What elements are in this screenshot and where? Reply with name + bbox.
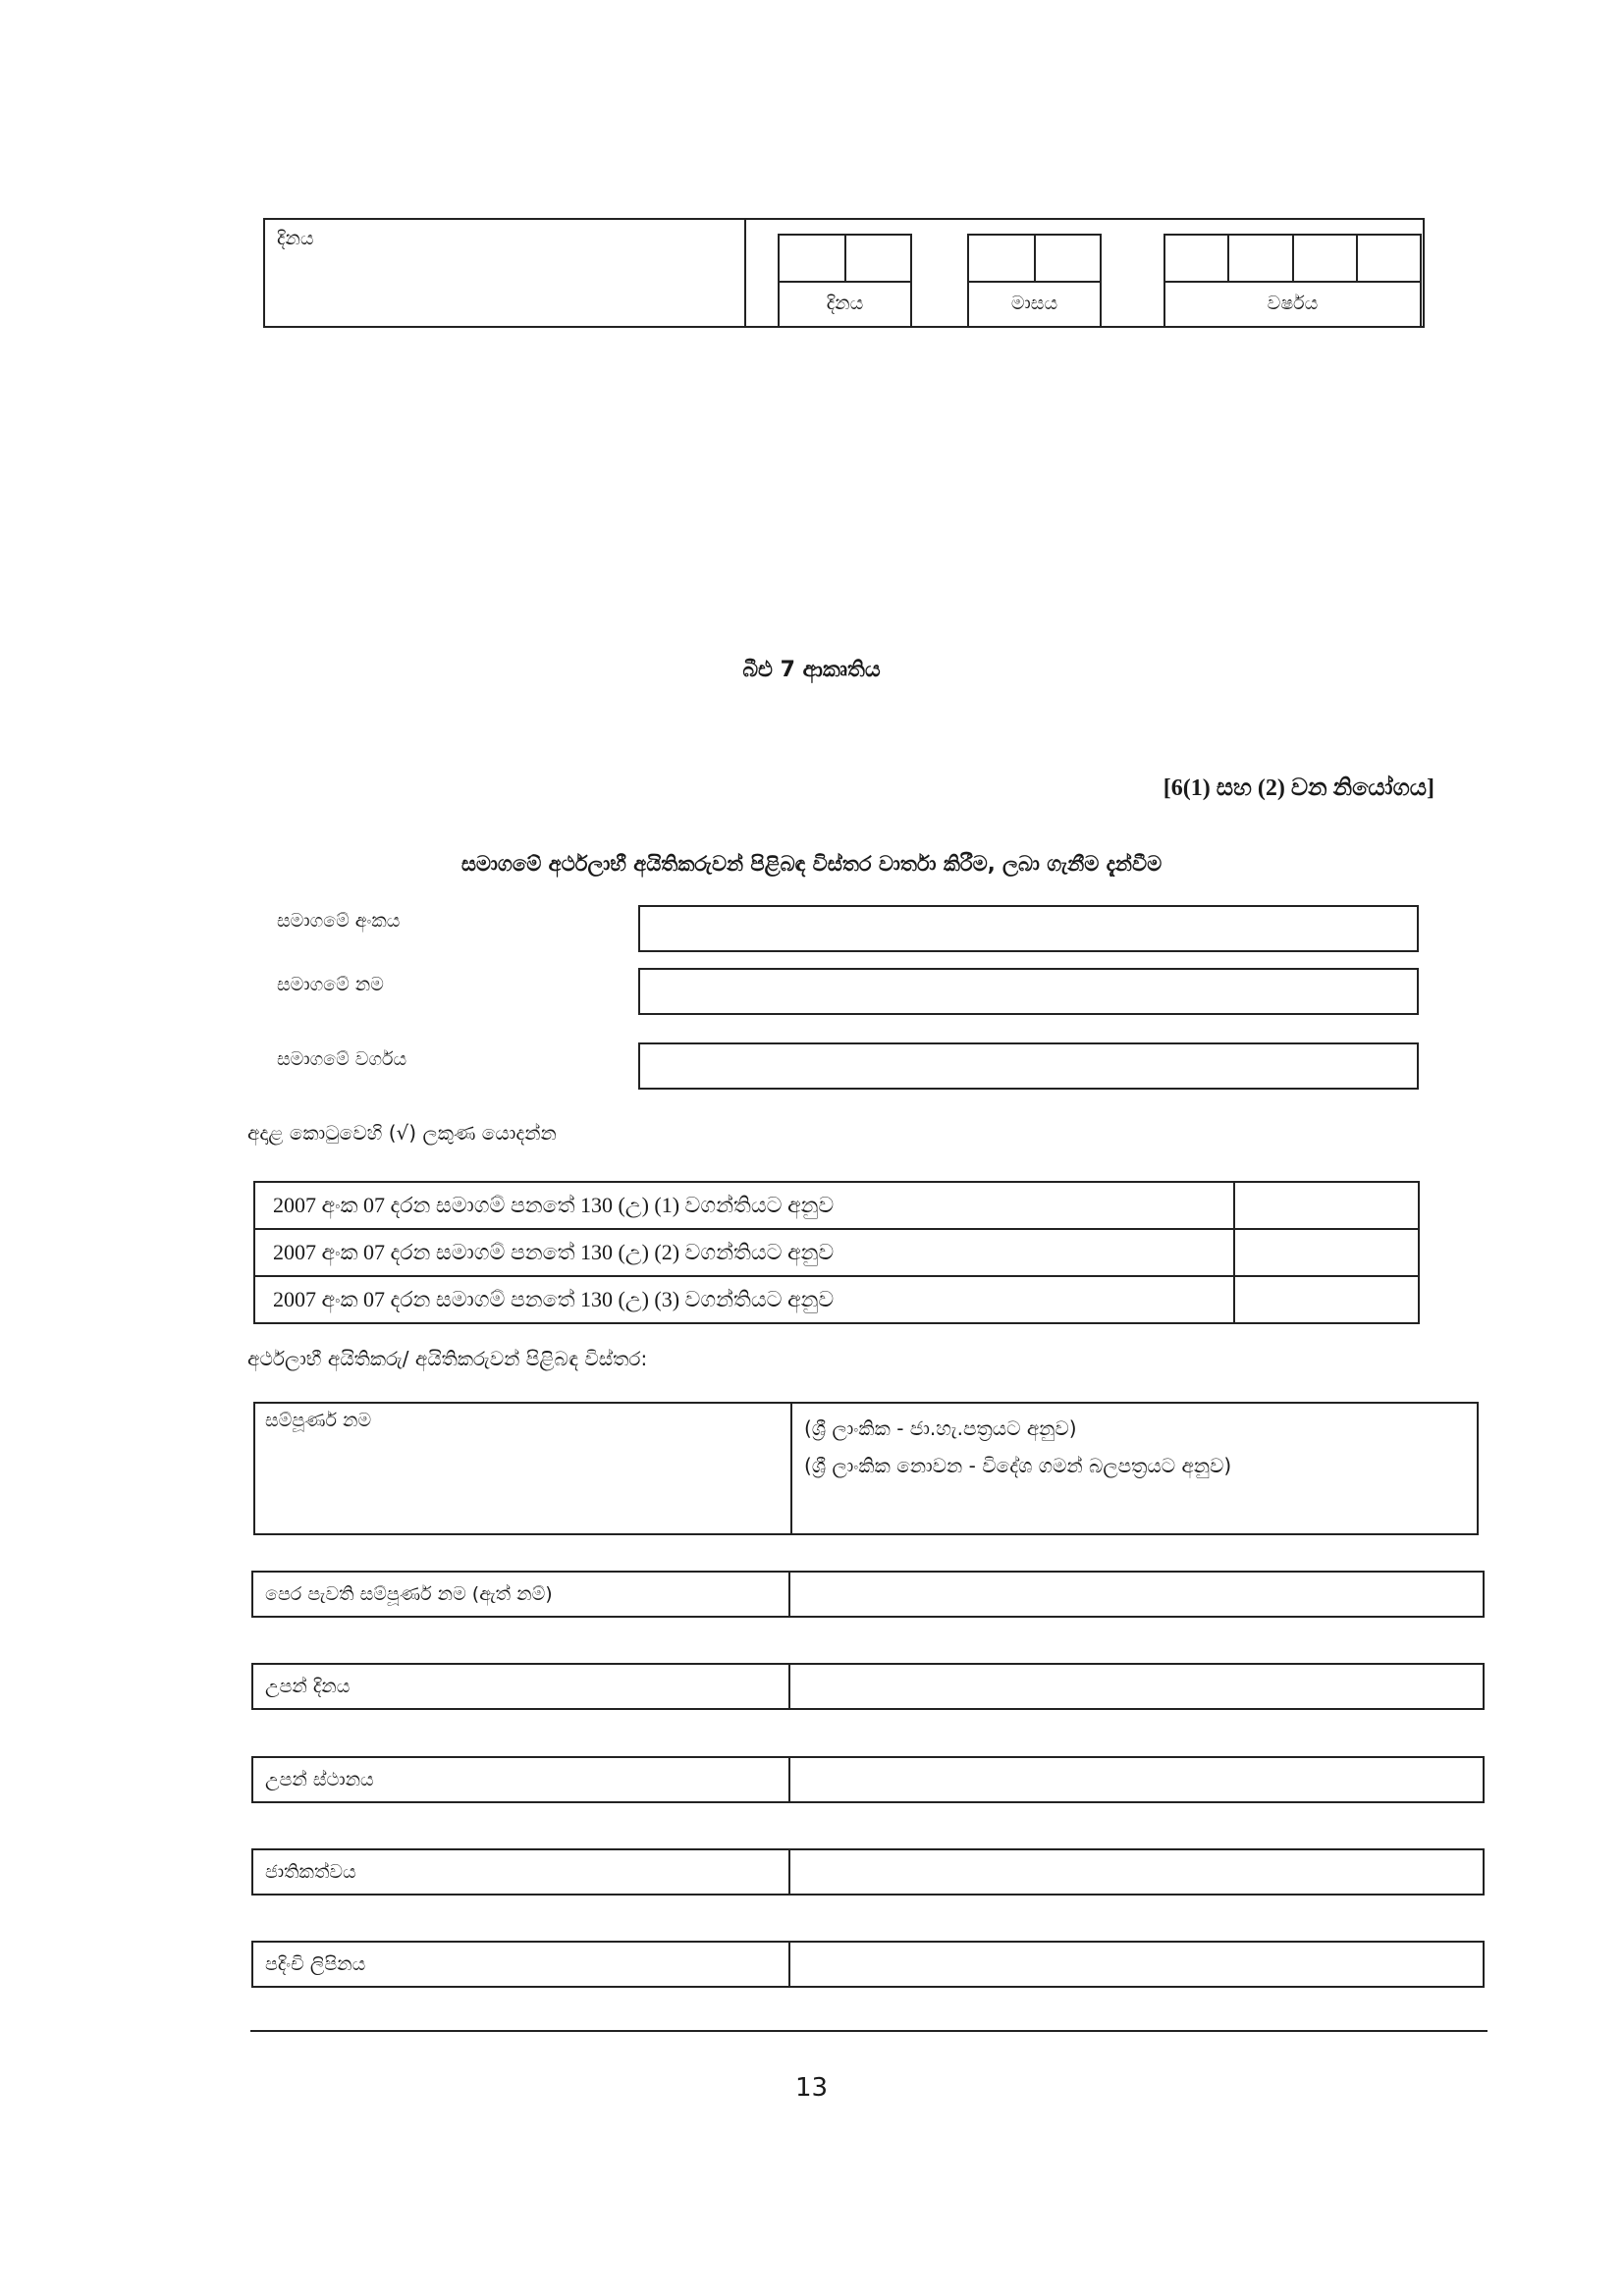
section-checkbox-table: 2007 අංක 07 දරන සමාගම් පනතේ 130 (උ) (1) … — [253, 1181, 1420, 1324]
date-of-birth-row: උපන් දිනය — [251, 1663, 1485, 1710]
date-of-birth-label: උපන් දිනය — [253, 1665, 790, 1708]
day-digits: දිනය — [778, 234, 912, 328]
company-name-label: සමාගමේ නම — [277, 974, 384, 995]
form-title: බීඑ 7 ආකෘතිය — [0, 658, 1623, 682]
date-table: දිනය දිනය මාසය වර්ෂය — [263, 218, 1425, 328]
company-type-label: සමාගමේ වර්ගය — [277, 1048, 406, 1070]
company-number-field[interactable] — [638, 905, 1419, 952]
residential-address-field[interactable] — [790, 1943, 1483, 1986]
date-table-divider — [744, 220, 746, 326]
section-3-checkbox[interactable] — [1235, 1277, 1418, 1322]
former-name-label: පෙර පැවති සම්පූර්ණ නම (ඇත් නම්) — [253, 1573, 790, 1616]
day-digit-1[interactable] — [780, 236, 846, 281]
table-row: 2007 අංක 07 දරන සමාගම් පනතේ 130 (උ) (2) … — [255, 1230, 1418, 1277]
month-digits: මාසය — [967, 234, 1102, 328]
table-row: 2007 අංක 07 දරන සමාගම් පනතේ 130 (උ) (3) … — [255, 1277, 1418, 1322]
nationality-field[interactable] — [790, 1850, 1483, 1894]
full-name-note-foreign: (ශ්‍රී ලාංකික නොවන - විදේශ ගමන් බලපත්‍රය… — [804, 1447, 1465, 1484]
place-of-birth-label: උපන් ස්ථානය — [253, 1758, 790, 1801]
month-digit-2[interactable] — [1036, 236, 1101, 281]
former-name-row: පෙර පැවති සම්පූර්ණ නම (ඇත් නම්) — [251, 1571, 1485, 1618]
month-digit-1[interactable] — [969, 236, 1036, 281]
section-label: 2007 අංක 07 දරන සමාගම් පනතේ 130 (උ) (3) … — [255, 1277, 1235, 1322]
date-label: දිනය — [277, 228, 314, 249]
section-label: 2007 අංක 07 දරන සමාගම් පනතේ 130 (උ) (1) … — [255, 1183, 1235, 1228]
form-heading: සමාගමේ අර්ථලාභී අයිතිකරුවන් පිළිබඳ විස්ත… — [0, 852, 1623, 877]
footer-rule — [250, 2030, 1488, 2032]
year-digits: වර්ෂය — [1163, 234, 1422, 328]
nationality-label: ජාතිකත්වය — [253, 1850, 790, 1894]
residential-address-row: පදිංචි ලිපිනය — [251, 1941, 1485, 1988]
table-row: 2007 අංක 07 දරන සමාගම් පනතේ 130 (උ) (1) … — [255, 1183, 1418, 1230]
day-digit-2[interactable] — [846, 236, 911, 281]
year-caption: වර්ෂය — [1165, 281, 1420, 326]
nationality-row: ජාතිකත්වය — [251, 1848, 1485, 1896]
year-digit-4[interactable] — [1358, 236, 1420, 281]
month-caption: මාසය — [969, 281, 1100, 326]
date-of-birth-field[interactable] — [790, 1665, 1483, 1708]
page-number: 13 — [0, 2073, 1623, 2103]
company-type-field[interactable] — [638, 1042, 1419, 1090]
former-name-field[interactable] — [790, 1573, 1483, 1616]
details-heading: අර්ථලාභී අයිතිකරු/ අයිතිකරුවන් පිළිබඳ වි… — [247, 1347, 647, 1370]
full-name-table: සම්පූර්ණ නම (ශ්‍රී ලාංකික - ජා.හැ.පත්‍රය… — [253, 1402, 1479, 1535]
regulation-reference: [6(1) සහ (2) වන නියෝගය] — [1163, 775, 1434, 802]
day-caption: දිනය — [780, 281, 910, 326]
section-1-checkbox[interactable] — [1235, 1183, 1418, 1228]
residential-address-label: පදිංචි ලිපිනය — [253, 1943, 790, 1986]
place-of-birth-field[interactable] — [790, 1758, 1483, 1801]
company-number-label: සමාගමේ අංකය — [277, 910, 400, 932]
section-label: 2007 අංක 07 දරන සමාගම් පනතේ 130 (උ) (2) … — [255, 1230, 1235, 1275]
full-name-field[interactable]: (ශ්‍රී ලාංකික - ජා.හැ.පත්‍රයට අනුව) (ශ්‍… — [792, 1404, 1477, 1533]
full-name-label: සම්පූර්ණ නම — [255, 1404, 792, 1533]
year-digit-3[interactable] — [1294, 236, 1358, 281]
company-name-field[interactable] — [638, 968, 1419, 1015]
year-digit-2[interactable] — [1229, 236, 1293, 281]
section-2-checkbox[interactable] — [1235, 1230, 1418, 1275]
checkbox-instruction: අදාළ කොටුවෙහි (√) ලකුණ යොදන්න — [247, 1121, 557, 1145]
full-name-note-sri-lankan: (ශ්‍රී ලාංකික - ජා.හැ.පත්‍රයට අනුව) — [804, 1410, 1465, 1447]
place-of-birth-row: උපන් ස්ථානය — [251, 1756, 1485, 1803]
year-digit-1[interactable] — [1165, 236, 1229, 281]
